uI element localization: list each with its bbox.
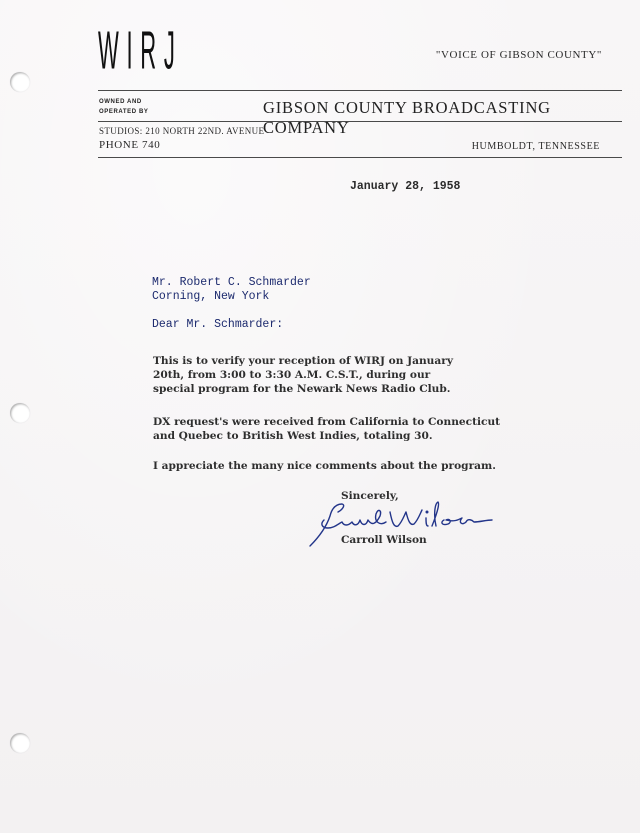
owned-operated-label: OWNED AND OPERATED BY <box>99 97 149 117</box>
body-paragraph-thanks: I appreciate the many nice comments abou… <box>153 459 496 473</box>
owned-line: OWNED AND <box>99 97 149 107</box>
punch-hole-top <box>10 72 30 92</box>
letterhead-rule-top <box>98 90 622 91</box>
body-paragraph-verification: This is to verify your reception of WIRJ… <box>153 354 453 396</box>
studios-address: STUDIOS: 210 NORTH 22ND. AVENUE <box>99 126 264 136</box>
city-state: HUMBOLDT, TENNESSEE <box>472 141 600 152</box>
company-name: GIBSON COUNTY BROADCASTING COMPANY <box>263 98 640 138</box>
phone-number: PHONE 740 <box>99 139 160 151</box>
letterhead-rule-middle <box>98 121 622 122</box>
salutation: Dear Mr. Schmarder: <box>152 318 283 332</box>
punch-hole-middle <box>10 403 30 423</box>
letterhead-rule-bottom <box>98 157 622 158</box>
recipient-address: Mr. Robert C. Schmarder Corning, New Yor… <box>152 276 311 304</box>
station-logo: WIRJ <box>98 24 183 78</box>
recipient-city: Corning, New York <box>152 290 311 304</box>
punch-hole-bottom <box>10 733 30 753</box>
body-paragraph-dx-requests: DX request's were received from Californ… <box>153 415 500 443</box>
signer-name: Carroll Wilson <box>341 534 427 546</box>
letter-date: January 28, 1958 <box>350 180 460 194</box>
operated-line: OPERATED BY <box>99 107 149 117</box>
station-motto: "VOICE OF GIBSON COUNTY" <box>436 49 602 61</box>
recipient-name: Mr. Robert C. Schmarder <box>152 276 311 290</box>
